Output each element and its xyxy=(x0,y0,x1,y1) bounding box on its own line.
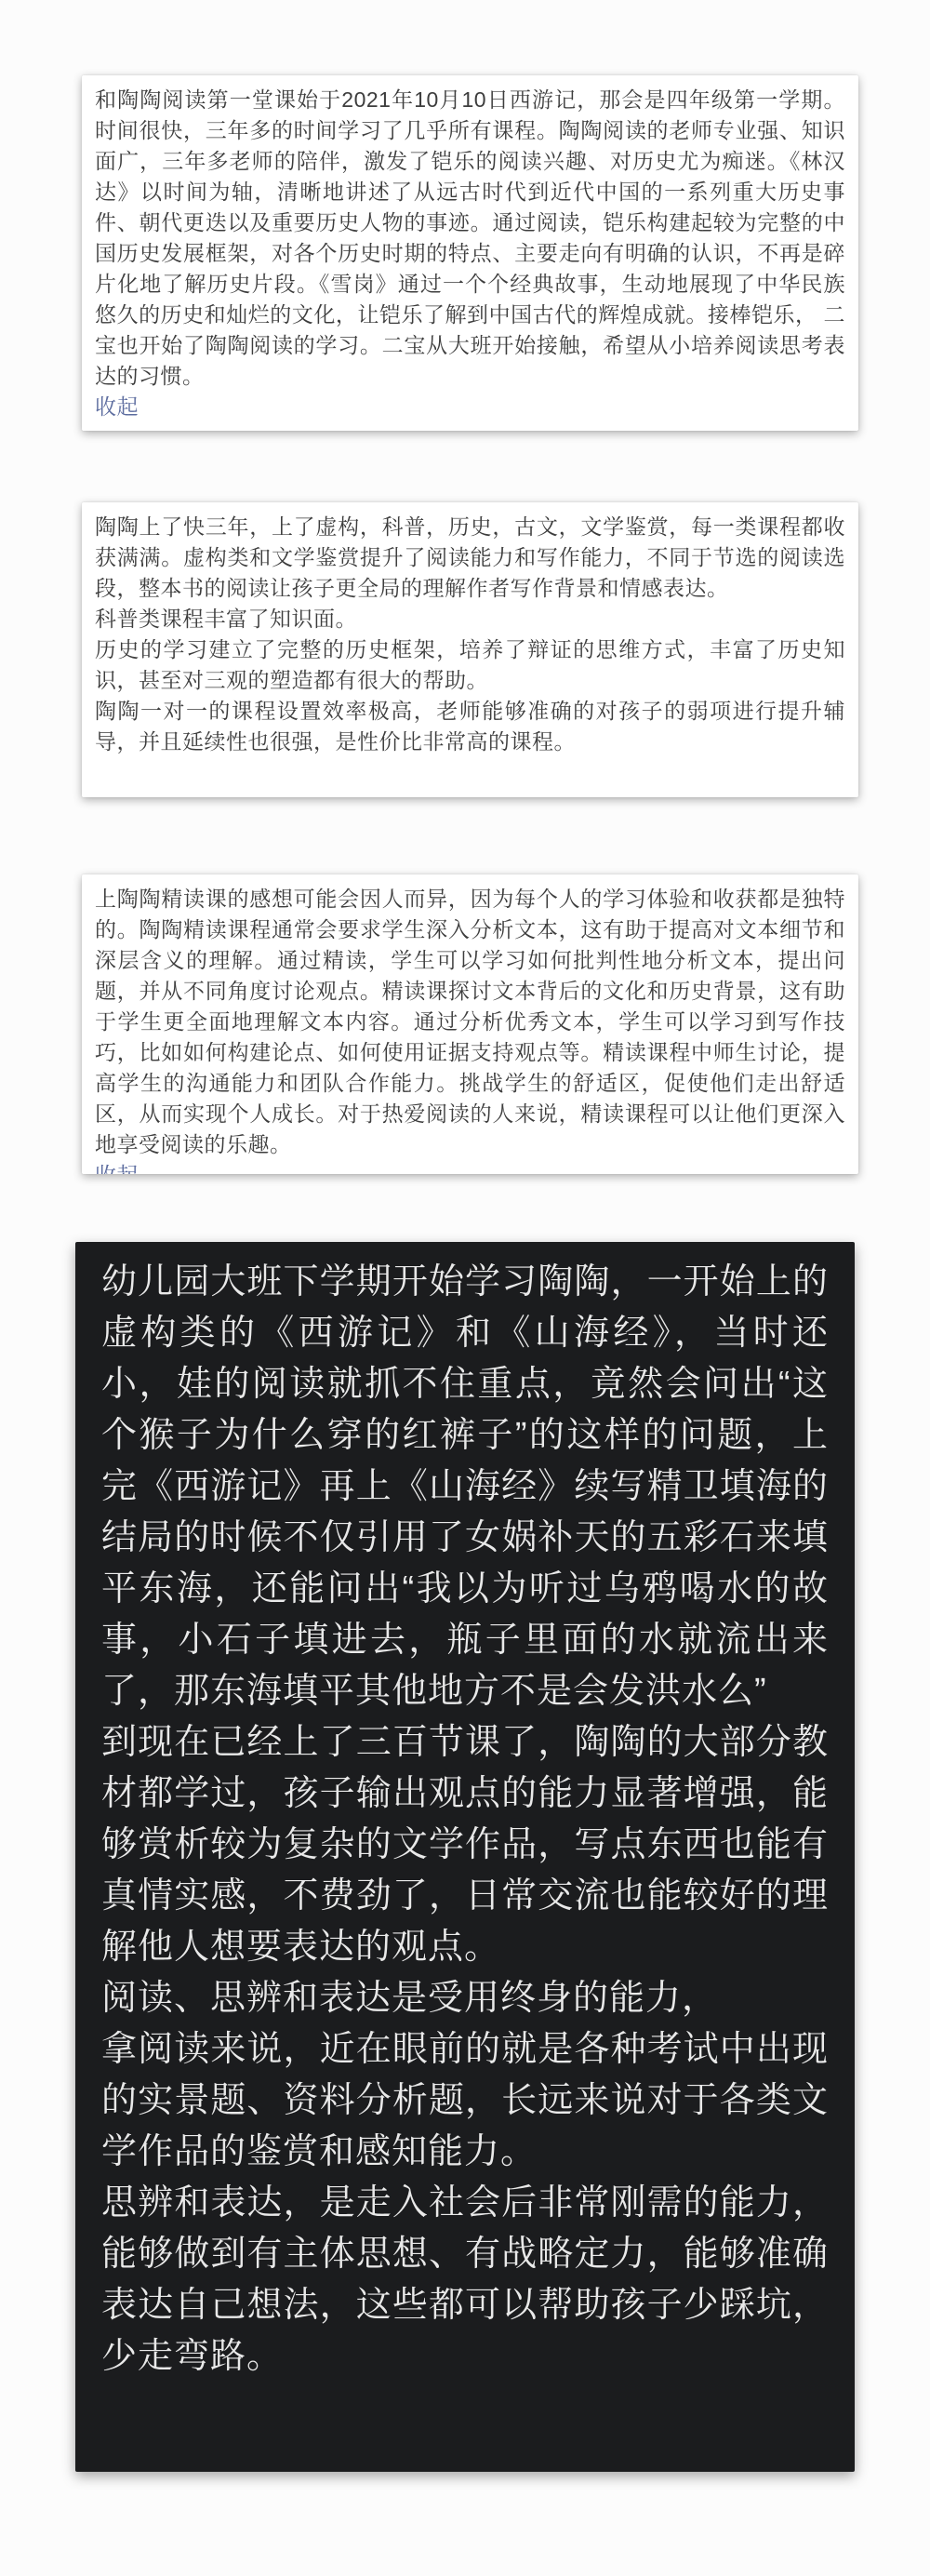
review-text: 拿阅读来说，近在眼前的就是各种考试中出现的实景题、资料分析题，长远来说对于各类文… xyxy=(101,2024,829,2178)
review-text: 陶陶一对一的课程设置效率极高，老师能够准确的对孩子的弱项进行提升辅导，并且延续性… xyxy=(95,696,845,757)
collapse-link[interactable]: 收起 xyxy=(95,392,139,422)
review-text: 科普类课程丰富了知识面。 xyxy=(95,604,845,634)
review-text: 陶陶上了快三年，上了虚构，科普，历史，古文，文学鉴赏，每一类课程都收获满满。虚构… xyxy=(95,512,845,604)
review-card-1: 和陶陶阅读第一堂课始于2021年10月10日西游记，那会是四年级第一学期。时间很… xyxy=(82,75,858,431)
review-text: 思辨和表达，是走入社会后非常刚需的能力，能够做到有主体思想、有战略定力，能够准确… xyxy=(101,2178,829,2382)
reviews-page: 和陶陶阅读第一堂课始于2021年10月10日西游记，那会是四年级第一学期。时间很… xyxy=(0,0,930,2576)
review-card-4-dark: 幼儿园大班下学期开始学习陶陶，一开始上的虚构类的《西游记》和《山海经》，当时还小… xyxy=(75,1242,855,2472)
review-card-3: 上陶陶精读课的感想可能会因人而异，因为每个人的学习体验和收获都是独特的。陶陶精读… xyxy=(82,874,858,1174)
review-text: 幼儿园大班下学期开始学习陶陶，一开始上的虚构类的《西游记》和《山海经》，当时还小… xyxy=(101,1257,829,1717)
collapse-link-clipped[interactable]: 收起 xyxy=(95,1160,139,1174)
review-text: 阅读、思辨和表达是受用终身的能力， xyxy=(101,1973,829,2024)
review-text: 历史的学习建立了完整的历史框架，培养了辩证的思维方式，丰富了历史知识，甚至对三观… xyxy=(95,634,845,696)
review-card-2: 陶陶上了快三年，上了虚构，科普，历史，古文，文学鉴赏，每一类课程都收获满满。虚构… xyxy=(82,502,858,797)
review-text: 到现在已经上了三百节课了，陶陶的大部分教材都学过，孩子输出观点的能力显著增强，能… xyxy=(101,1717,829,1973)
review-text: 和陶陶阅读第一堂课始于2021年10月10日西游记，那会是四年级第一学期。时间很… xyxy=(95,85,845,392)
review-text: 上陶陶精读课的感想可能会因人而异，因为每个人的学习体验和收获都是独特的。陶陶精读… xyxy=(95,884,845,1160)
